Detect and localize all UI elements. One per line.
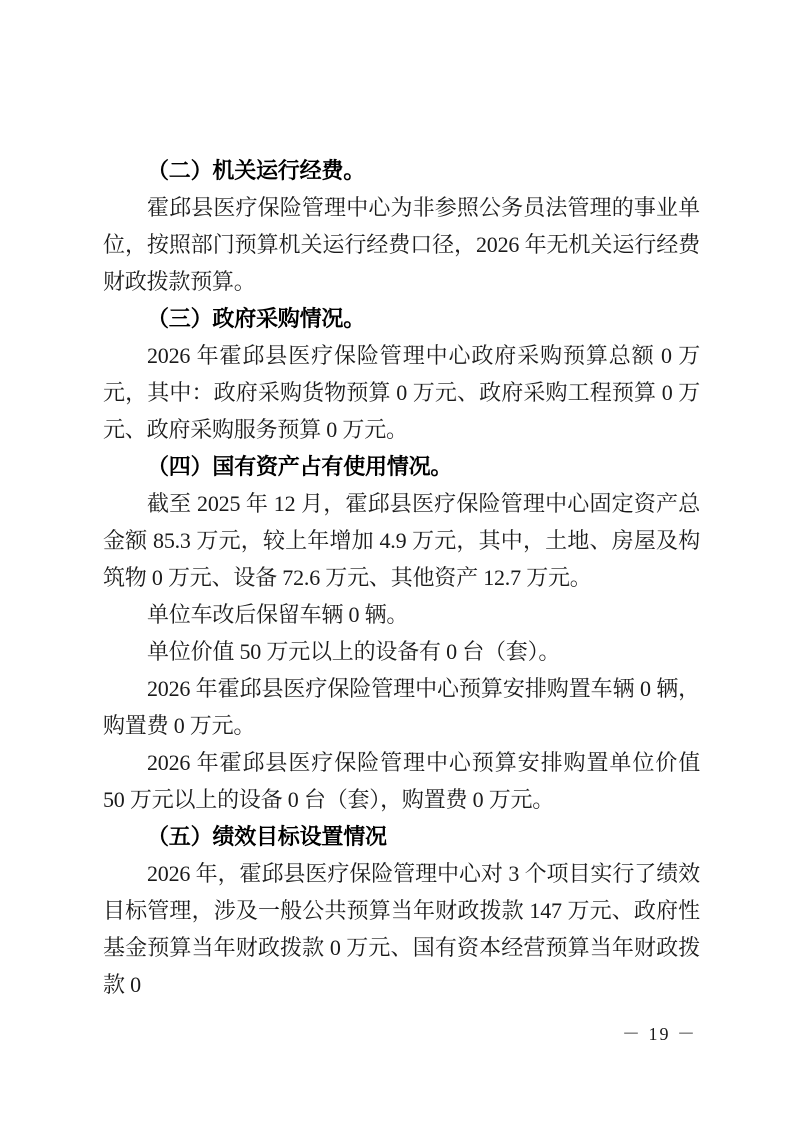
paragraph: 2026 年霍邱县医疗保险管理中心预算安排购置车辆 0 辆，购置费 0 万元。 — [103, 670, 700, 744]
paragraph: 单位车改后保留车辆 0 辆。 — [103, 596, 700, 633]
section-government-procurement: （三）政府采购情况。 2026 年霍邱县医疗保险管理中心政府采购预算总额 0 万… — [103, 300, 700, 448]
section-heading: （五）绩效目标设置情况 — [103, 818, 700, 855]
paragraph: 2026 年，霍邱县医疗保险管理中心对 3 个项目实行了绩效目标管理，涉及一般公… — [103, 855, 700, 1003]
paragraph: 截至 2025 年 12 月，霍邱县医疗保险管理中心固定资产总金额 85.3 万… — [103, 485, 700, 596]
section-state-owned-assets: （四）国有资产占有使用情况。 截至 2025 年 12 月，霍邱县医疗保险管理中… — [103, 448, 700, 818]
section-heading: （三）政府采购情况。 — [103, 300, 700, 337]
section-heading: （二）机关运行经费。 — [103, 152, 700, 189]
page-number: － 19 － — [622, 1020, 697, 1046]
document-page: （二）机关运行经费。 霍邱县医疗保险管理中心为非参照公务员法管理的事业单位，按照… — [0, 0, 793, 1122]
paragraph: 2026 年霍邱县医疗保险管理中心预算安排购置单位价值 50 万元以上的设备 0… — [103, 744, 700, 818]
section-heading: （四）国有资产占有使用情况。 — [103, 448, 700, 485]
paragraph: 2026 年霍邱县医疗保险管理中心政府采购预算总额 0 万元，其中：政府采购货物… — [103, 337, 700, 448]
document-body: （二）机关运行经费。 霍邱县医疗保险管理中心为非参照公务员法管理的事业单位，按照… — [103, 152, 700, 1003]
paragraph: 单位价值 50 万元以上的设备有 0 台（套）。 — [103, 633, 700, 670]
section-performance-targets: （五）绩效目标设置情况 2026 年，霍邱县医疗保险管理中心对 3 个项目实行了… — [103, 818, 700, 1003]
paragraph: 霍邱县医疗保险管理中心为非参照公务员法管理的事业单位，按照部门预算机关运行经费口… — [103, 189, 700, 300]
section-agency-operating-expenses: （二）机关运行经费。 霍邱县医疗保险管理中心为非参照公务员法管理的事业单位，按照… — [103, 152, 700, 300]
